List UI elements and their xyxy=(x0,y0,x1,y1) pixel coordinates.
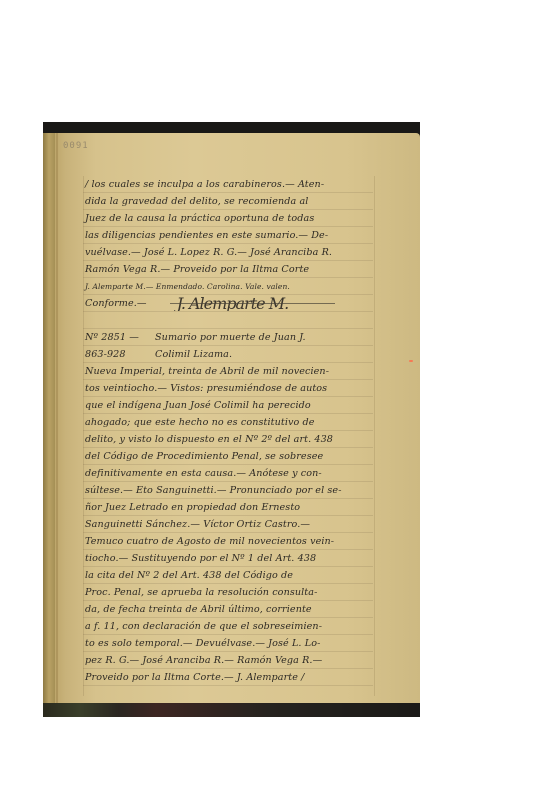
manuscript-page: 0091 / los cuales se inculpa a los carab… xyxy=(43,133,420,703)
text-line: da, de fecha treinta de Abril último, co… xyxy=(83,601,373,618)
text-line: 863-928Colimil Lizama. xyxy=(83,346,373,363)
text-line: Nueva Imperial, treinta de Abril de mil … xyxy=(83,363,373,380)
text-line: ahogado; que este hecho no es constituti… xyxy=(83,414,373,431)
text-line: delito, y visto lo dispuesto en el Nº 2º… xyxy=(83,431,373,448)
binding-fold xyxy=(56,133,58,703)
text-line: tos veintiocho.— Vistos: presumiéndose d… xyxy=(83,380,373,397)
book-binding xyxy=(43,133,55,703)
text-line: pez R. G.— José Aranciba R.— Ramón Vega … xyxy=(83,652,373,669)
text-line: súltese.— Eto Sanguinetti.— Pronunciado … xyxy=(83,482,373,499)
text-line: Temuco cuatro de Agosto de mil novecient… xyxy=(83,533,373,550)
text-line: dida la gravedad del delito, se recomien… xyxy=(83,193,373,210)
text-line xyxy=(83,312,373,329)
text-line: Proveido por la Iltma Corte.— J. Alempar… xyxy=(83,669,373,686)
text-line: Proc. Penal, se aprueba la resolución co… xyxy=(83,584,373,601)
text-line: del Código de Procedimiento Penal, se so… xyxy=(83,448,373,465)
top-dark-edge xyxy=(43,122,420,133)
text-line: vuélvase.— José L. Lopez R. G.— José Ara… xyxy=(83,244,373,261)
text-line: definitivamente en esta causa.— Anótese … xyxy=(83,465,373,482)
text-line: Ramón Vega R.— Proveido por la Iltma Cor… xyxy=(83,261,373,278)
text-line: J. Alemparte M.— Enmendado. Carolina. Va… xyxy=(83,278,373,295)
text-line: que el indígena Juan José Colimil ha per… xyxy=(83,397,373,414)
text-line: tiocho.— Sustituyendo por el Nº 1 del Ar… xyxy=(83,550,373,567)
text-line: Juez de la causa la práctica oportuna de… xyxy=(83,210,373,227)
signature-underline xyxy=(170,303,335,304)
text-line: las diligencias pendientes en este sumar… xyxy=(83,227,373,244)
document-photo: 0091 / los cuales se inculpa a los carab… xyxy=(43,122,420,717)
text-line: to es solo temporal.— Devuélvase.— José … xyxy=(83,635,373,652)
text-line: Nº 2851 —Sumario por muerte de Juan J. xyxy=(83,329,373,346)
page-stamp-number: 0091 xyxy=(63,141,89,151)
bottom-dark-edge xyxy=(43,703,420,717)
text-line: ñor Juez Letrado en propiedad don Ernest… xyxy=(83,499,373,516)
text-line: / los cuales se inculpa a los carabinero… xyxy=(83,176,373,193)
text-line: Sanguinetti Sánchez.— Víctor Ortiz Castr… xyxy=(83,516,373,533)
case-number: 863-928 xyxy=(85,346,155,363)
handwritten-text: / los cuales se inculpa a los carabinero… xyxy=(83,176,373,686)
case-title: Sumario por muerte de Juan J. xyxy=(155,332,306,343)
case-title: Colimil Lizama. xyxy=(155,349,232,360)
red-light-dot xyxy=(409,360,413,362)
text-line: la cita del Nº 2 del Art. 438 del Código… xyxy=(83,567,373,584)
text-line: a f. 11, con declaración de que el sobre… xyxy=(83,618,373,635)
case-number: Nº 2851 — xyxy=(85,329,155,346)
